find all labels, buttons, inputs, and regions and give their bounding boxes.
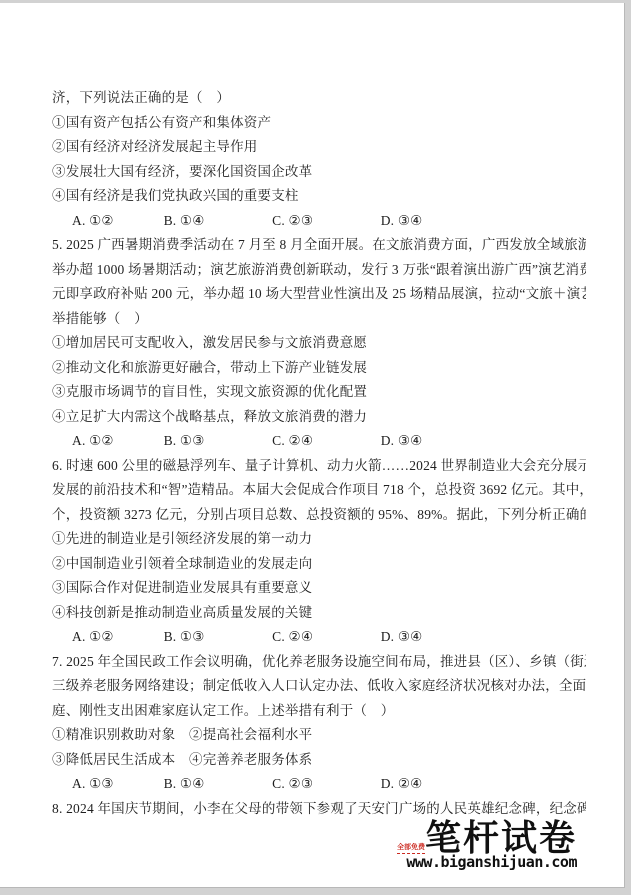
question-6: 6. 时速 600 公里的磁悬浮列车、量子计算机、动力火箭……2024 世界制造… (52, 454, 586, 650)
option-line: ②国有经济对经济发展起主导作用 (52, 135, 586, 160)
biganshijuan-watermark: 全部免费 笔杆试卷 www.biganshijuan.com (399, 820, 577, 871)
answer-choice-b: B. ①③ (164, 429, 269, 454)
free-tag-label: 全部免费 (397, 843, 425, 854)
question-stem-line: 6. 时速 600 公里的磁悬浮列车、量子计算机、动力火箭……2024 世界制造… (52, 454, 586, 479)
question-5: 5. 2025 广西暑期消费季活动在 7 月至 8 月全面开展。在文旅消费方面，… (52, 233, 586, 454)
answer-choice-b: B. ①④ (164, 209, 269, 234)
question-stem-line: 个，投资额 3273 亿元，分别占项目总数、总投资额的 95%、89%。据此，下… (52, 503, 586, 528)
answer-choice-d: D. ③④ (381, 429, 423, 454)
answer-choice-b: B. ①④ (164, 772, 269, 797)
watermark-url-text: www.biganshijuan.com (399, 853, 577, 871)
page-content: 济，下列说法正确的是（ ） ①国有资产包括公有资产和集体资产 ②国有经济对经济发… (52, 86, 586, 821)
answer-choices-row: A. ①② B. ①④ C. ②③ D. ③④ (52, 209, 586, 234)
option-line: ①国有资产包括公有资产和集体资产 (52, 111, 586, 136)
option-line: ③国际合作对促进制造业发展具有重要意义 (52, 576, 586, 601)
answer-choice-a: A. ①② (72, 209, 160, 234)
question-stem-line: 济，下列说法正确的是（ ） (52, 86, 586, 111)
answer-choice-c: C. ②④ (272, 429, 377, 454)
watermark-brand-text: 笔杆试卷 (399, 820, 577, 856)
document-viewer[interactable]: 济，下列说法正确的是（ ） ①国有资产包括公有资产和集体资产 ②国有经济对经济发… (0, 0, 631, 895)
option-line: ①先进的制造业是引领经济发展的第一动力 (52, 527, 586, 552)
option-line: ③发展壮大国有经济，要深化国资国企改革 (52, 160, 586, 185)
option-line: ④国有经济是我们党执政兴国的重要支柱 (52, 184, 586, 209)
option-line: ①精准识别救助对象 ②提高社会福利水平 (52, 723, 586, 748)
answer-choices-row: A. ①③ B. ①④ C. ②③ D. ②④ (52, 772, 586, 797)
answer-choice-c: C. ②③ (272, 209, 377, 234)
option-line: ①增加居民可支配收入，激发居民参与文旅消费意愿 (52, 331, 586, 356)
option-line: ③克服市场调节的盲目性，实现文旅资源的优化配置 (52, 380, 586, 405)
answer-choice-a: A. ①③ (72, 772, 160, 797)
option-line: ④科技创新是推动制造业高质量发展的关键 (52, 601, 586, 626)
answer-choice-a: A. ①② (72, 625, 160, 650)
option-line: ②中国制造业引领着全球制造业的发展走向 (52, 552, 586, 577)
exam-paper-page: 济，下列说法正确的是（ ） ①国有资产包括公有资产和集体资产 ②国有经济对经济发… (0, 3, 625, 888)
question-stem-line: 举措能够（ ） (52, 307, 586, 332)
question-stem-line: 举办超 1000 场暑期活动；演艺旅游消费创新联动，发行 3 万张“跟着演出游广… (52, 258, 586, 283)
answer-choice-d: D. ②④ (381, 772, 423, 797)
question-4-continuation: 济，下列说法正确的是（ ） ①国有资产包括公有资产和集体资产 ②国有经济对经济发… (52, 86, 586, 233)
question-stem-line: 三级养老服务网络建设；制定低收入人口认定办法、低收入家庭经济状况核对办法，全面开… (52, 674, 586, 699)
answer-choices-row: A. ①② B. ①③ C. ②④ D. ③④ (52, 429, 586, 454)
answer-choice-c: C. ②④ (272, 625, 377, 650)
question-stem-line: 7. 2025 年全国民政工作会议明确，优化养老服务设施空间布局，推进县（区）、… (52, 650, 586, 675)
question-stem-line: 庭、刚性支出困难家庭认定工作。上述举措有利于（ ） (52, 699, 586, 724)
question-stem-line: 元即享政府补贴 200 元，举办超 10 场大型营业性演出及 25 场精品展演，… (52, 282, 586, 307)
question-7: 7. 2025 年全国民政工作会议明确，优化养老服务设施空间布局，推进县（区）、… (52, 650, 586, 797)
question-stem-line: 5. 2025 广西暑期消费季活动在 7 月至 8 月全面开展。在文旅消费方面，… (52, 233, 586, 258)
answer-choice-c: C. ②③ (272, 772, 377, 797)
question-stem-line: 发展的前沿技术和“智”造精品。本届大会促成合作项目 718 个，总投资 3692… (52, 478, 586, 503)
answer-choice-b: B. ①③ (164, 625, 269, 650)
option-line: ③降低居民生活成本 ④完善养老服务体系 (52, 748, 586, 773)
answer-choice-d: D. ③④ (381, 209, 423, 234)
option-line: ②推动文化和旅游更好融合，带动上下游产业链发展 (52, 356, 586, 381)
option-line: ④立足扩大内需这个战略基点，释放文旅消费的潜力 (52, 405, 586, 430)
answer-choice-a: A. ①② (72, 429, 160, 454)
answer-choice-d: D. ③④ (381, 625, 423, 650)
answer-choices-row: A. ①② B. ①③ C. ②④ D. ③④ (52, 625, 586, 650)
